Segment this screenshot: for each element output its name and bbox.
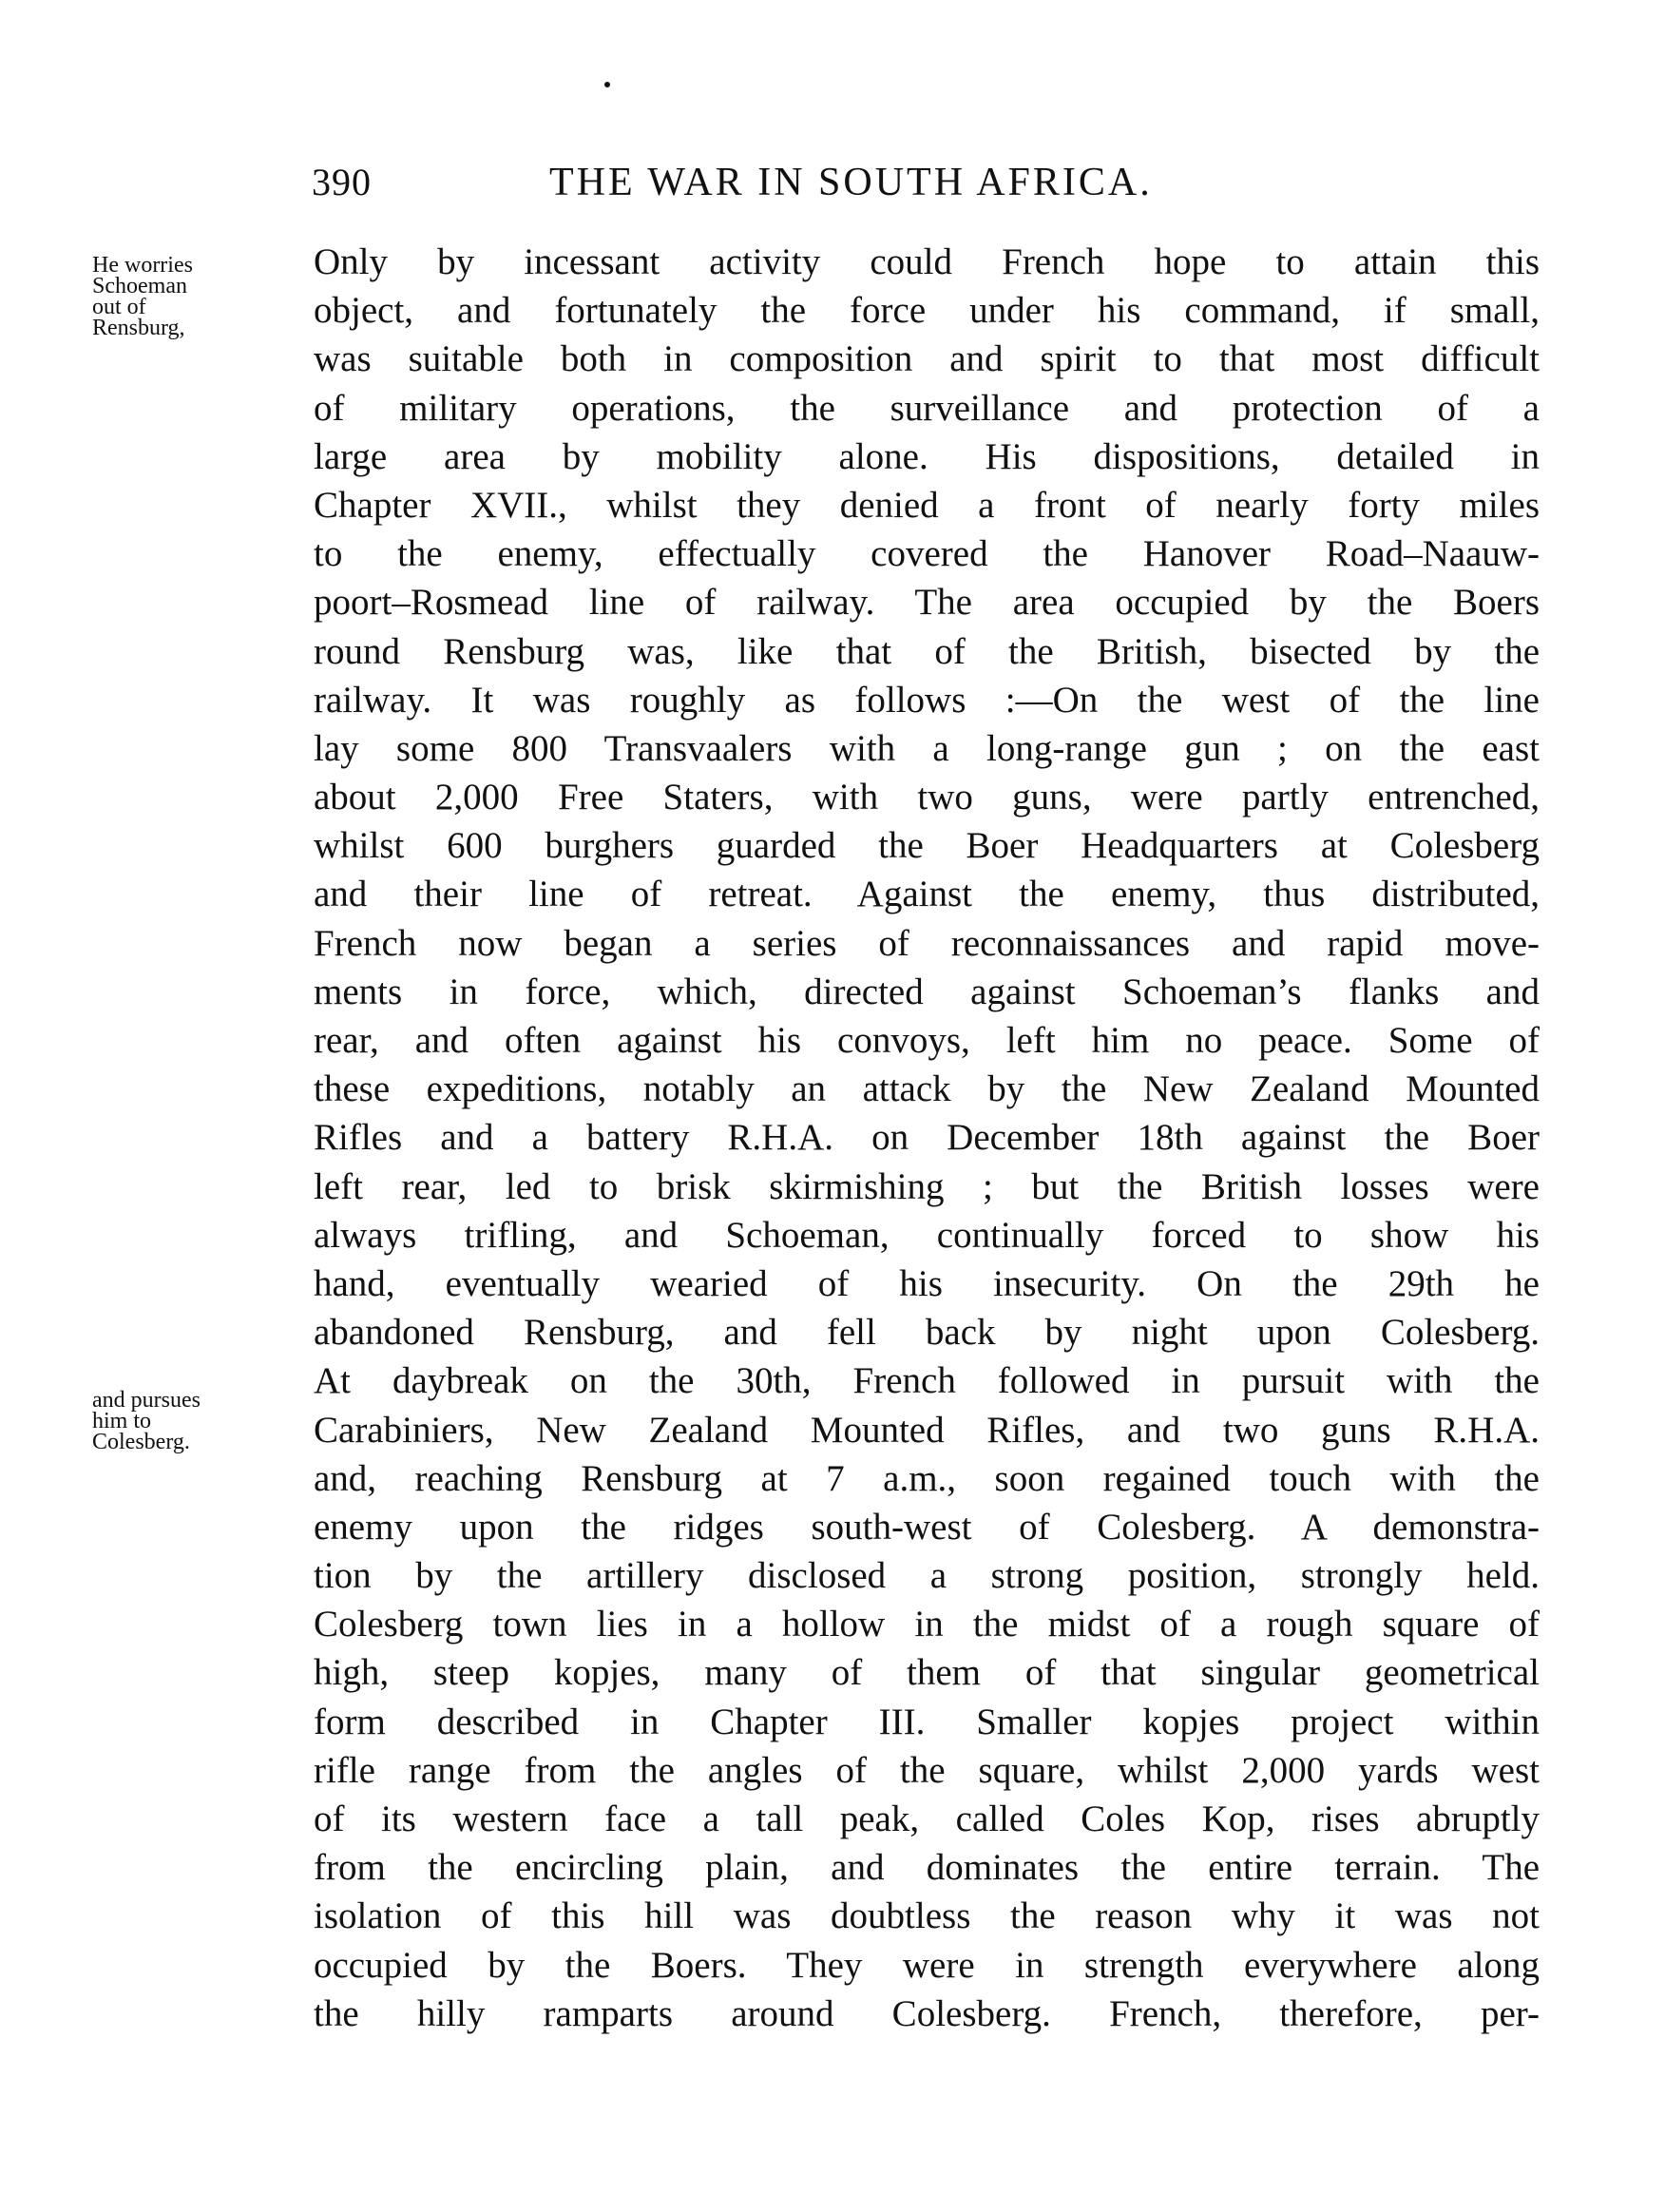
text-line: of its western face a tall peak, called …: [314, 1795, 1540, 1843]
marginal-note-line: Schoeman: [92, 276, 282, 297]
text-line: round Rensburg was, like that of the Bri…: [314, 627, 1540, 676]
text-line: from the encircling plain, and dominates…: [314, 1843, 1540, 1892]
text-line: poort–Rosmead line of railway. The area …: [314, 578, 1540, 626]
text-line: tion by the artillery disclosed a strong…: [314, 1551, 1540, 1600]
text-line: to the enemy, effectually covered the Ha…: [314, 529, 1540, 578]
text-line: Only by incessant activity could French …: [314, 238, 1540, 286]
marginal-note-line: He worries: [92, 255, 282, 276]
text-line: lay some 800 Transvaalers with a long-ra…: [314, 724, 1540, 773]
text-line: about 2,000 Free Staters, with two guns,…: [314, 773, 1540, 821]
marginal-note-line: Colesberg.: [92, 1432, 282, 1452]
running-head: 390 THE WAR IN SOUTH AFRICA.: [312, 160, 1547, 217]
text-line: large area by mobility alone. His dispos…: [314, 433, 1540, 481]
text-line: ments in force, which, directed against …: [314, 968, 1540, 1016]
text-line: these expeditions, notably an attack by …: [314, 1065, 1540, 1113]
marginal-note-2: and pursues him to Colesberg.: [92, 1390, 282, 1452]
text-line: abandoned Rensburg, and fell back by nig…: [314, 1308, 1540, 1356]
text-line: isolation of this hill was doubtless the…: [314, 1892, 1540, 1940]
text-line: was suitable both in composition and spi…: [314, 335, 1540, 383]
text-line: always trifling, and Schoeman, continual…: [314, 1211, 1540, 1260]
text-line: rifle range from the angles of the squar…: [314, 1746, 1540, 1795]
text-line: object, and fortunately the force under …: [314, 286, 1540, 335]
marginal-note-line: Rensburg,: [92, 317, 282, 338]
text-line: and, reaching Rensburg at 7 a.m., soon r…: [314, 1454, 1540, 1503]
text-line: French now began a series of reconnaissa…: [314, 919, 1540, 968]
text-line: the hilly ramparts around Colesberg. Fre…: [314, 1990, 1540, 2038]
page-number: 390: [312, 160, 372, 204]
running-title: THE WAR IN SOUTH AFRICA.: [549, 160, 1153, 205]
text-line: Colesberg town lies in a hollow in the m…: [314, 1600, 1540, 1648]
marginal-note-line: and pursues: [92, 1390, 282, 1411]
text-line: left rear, led to brisk skirmishing ; bu…: [314, 1163, 1540, 1211]
text-line: of military operations, the surveillance…: [314, 384, 1540, 433]
text-line: hand, eventually wearied of his insecuri…: [314, 1260, 1540, 1308]
text-line: whilst 600 burghers guarded the Boer Hea…: [314, 821, 1540, 870]
marginal-note-line: him to: [92, 1411, 282, 1432]
text-line: form described in Chapter III. Smaller k…: [314, 1698, 1540, 1746]
text-line: high, steep kopjes, many of them of that…: [314, 1648, 1540, 1697]
text-line: railway. It was roughly as follows :—On …: [314, 676, 1540, 724]
marginal-note-1: He worries Schoeman out of Rensburg,: [92, 255, 282, 338]
text-line: and their line of retreat. Against the e…: [314, 870, 1540, 918]
text-line: occupied by the Boers. They were in stre…: [314, 1941, 1540, 1990]
printing-speck: [604, 82, 610, 87]
text-line: Carabiniers, New Zealand Mounted Rifles,…: [314, 1406, 1540, 1454]
text-line: At daybreak on the 30th, French followed…: [314, 1356, 1540, 1405]
text-line: Chapter XVII., whilst they denied a fron…: [314, 481, 1540, 529]
text-line: enemy upon the ridges south-west of Cole…: [314, 1503, 1540, 1551]
body-text: Only by incessant activity could French …: [314, 238, 1540, 2038]
text-line: Rifles and a battery R.H.A. on December …: [314, 1113, 1540, 1162]
marginal-note-line: out of: [92, 297, 282, 317]
text-line: rear, and often against his convoys, lef…: [314, 1016, 1540, 1065]
